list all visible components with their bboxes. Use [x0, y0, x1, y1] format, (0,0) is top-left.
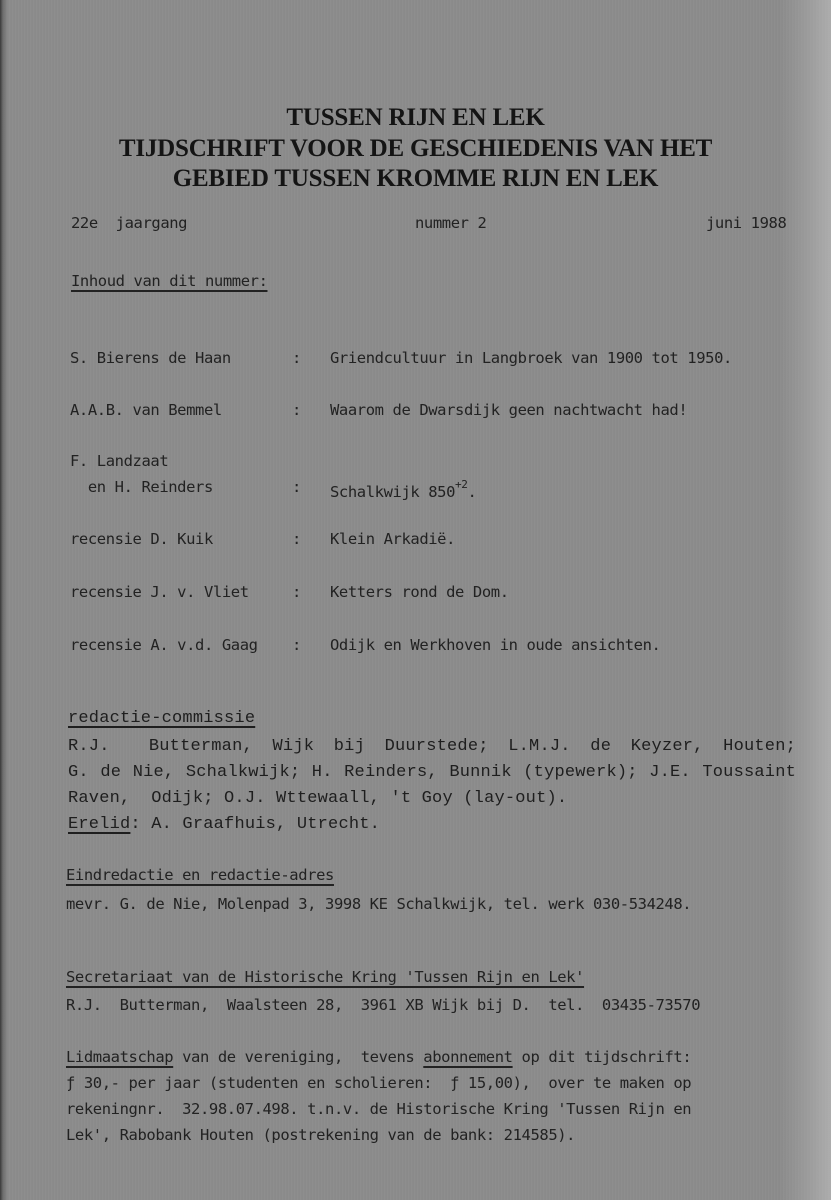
membership-line: rekeningnr. 32.98.07.498. t.n.v. de Hist…: [66, 1100, 691, 1118]
entry-separator: :: [292, 401, 301, 419]
secretariat-address: R.J. Butterman, Waalsteen 28, 3961 XB Wi…: [66, 996, 700, 1014]
journal-title: TUSSEN RIJN EN LEK: [0, 104, 831, 132]
volume-label: 22e jaargang: [71, 214, 187, 232]
subscription-label: abonnement: [423, 1048, 512, 1066]
membership-line: Lek', Rabobank Houten (postrekening van …: [66, 1126, 575, 1144]
document-page: TUSSEN RIJN EN LEK TIJDSCHRIFT VOOR DE G…: [0, 0, 831, 1200]
date-label: juni 1988: [706, 214, 786, 232]
entry-separator: :: [292, 530, 301, 548]
entry-separator: :: [292, 583, 301, 601]
entry-author: recensie D. Kuik: [70, 530, 213, 548]
entry-author: recensie J. v. Vliet: [70, 583, 249, 601]
editorial-committee-line: Raven, Odijk; O.J. Wttewaall, 't Goy (la…: [68, 789, 567, 808]
entry-author: recensie A. v.d. Gaag: [70, 636, 258, 654]
entry-title-superscript: +2: [455, 478, 467, 491]
entry-separator: :: [292, 636, 301, 654]
journal-subtitle-line-2: GEBIED TUSSEN KROMME RIJN EN LEK: [0, 165, 831, 193]
membership-text: op dit tijdschrift:: [513, 1048, 692, 1066]
editorial-committee-line: R.J. Butterman, Wijk bij Duurstede; L.M.…: [68, 737, 796, 756]
editorial-committee-line: G. de Nie, Schalkwijk; H. Reinders, Bunn…: [68, 763, 796, 782]
honorary-member-label: Erelid: [68, 815, 130, 834]
final-editing-heading: Eindredactie en redactie-adres: [66, 866, 334, 884]
contents-heading: Inhoud van dit nummer:: [71, 272, 268, 290]
entry-author: S. Bierens de Haan: [70, 349, 231, 367]
entry-title: Ketters rond de Dom.: [330, 583, 509, 601]
entry-separator: :: [292, 349, 301, 367]
entry-author-line-1: F. Landzaat: [70, 452, 168, 470]
entry-title-suffix: .: [468, 483, 477, 501]
entry-separator: :: [292, 478, 301, 496]
entry-title-text: Schalkwijk 850: [330, 483, 455, 501]
entry-title: Odijk en Werkhoven in oude ansichten.: [330, 636, 660, 654]
membership-text: van de vereniging, tevens: [173, 1048, 423, 1066]
honorary-member-line: Erelid: A. Graafhuis, Utrecht.: [68, 815, 380, 834]
entry-author: A.A.B. van Bemmel: [70, 401, 222, 419]
entry-title: Klein Arkadië.: [330, 530, 455, 548]
editorial-committee-heading: redactie-commissie: [68, 709, 255, 728]
entry-title: Waarom de Dwarsdijk geen nachtwacht had!: [330, 401, 687, 419]
issue-label: nummer 2: [415, 214, 486, 232]
entry-author: en H. Reinders: [70, 478, 213, 496]
membership-line-1: Lidmaatschap van de vereniging, tevens a…: [66, 1048, 691, 1066]
membership-label: Lidmaatschap: [66, 1048, 173, 1066]
entry-title: Griendcultuur in Langbroek van 1900 tot …: [330, 349, 732, 367]
membership-line: ƒ 30,- per jaar (studenten en scholieren…: [66, 1074, 691, 1092]
secretariat-heading: Secretariaat van de Historische Kring 'T…: [66, 968, 584, 986]
entry-title: Schalkwijk 850+2.: [330, 478, 476, 501]
journal-subtitle-line-1: TIJDSCHRIFT VOOR DE GESCHIEDENIS VAN HET: [0, 135, 831, 163]
honorary-member-text: : A. Graafhuis, Utrecht.: [130, 815, 380, 834]
final-editing-address: mevr. G. de Nie, Molenpad 3, 3998 KE Sch…: [66, 895, 691, 913]
